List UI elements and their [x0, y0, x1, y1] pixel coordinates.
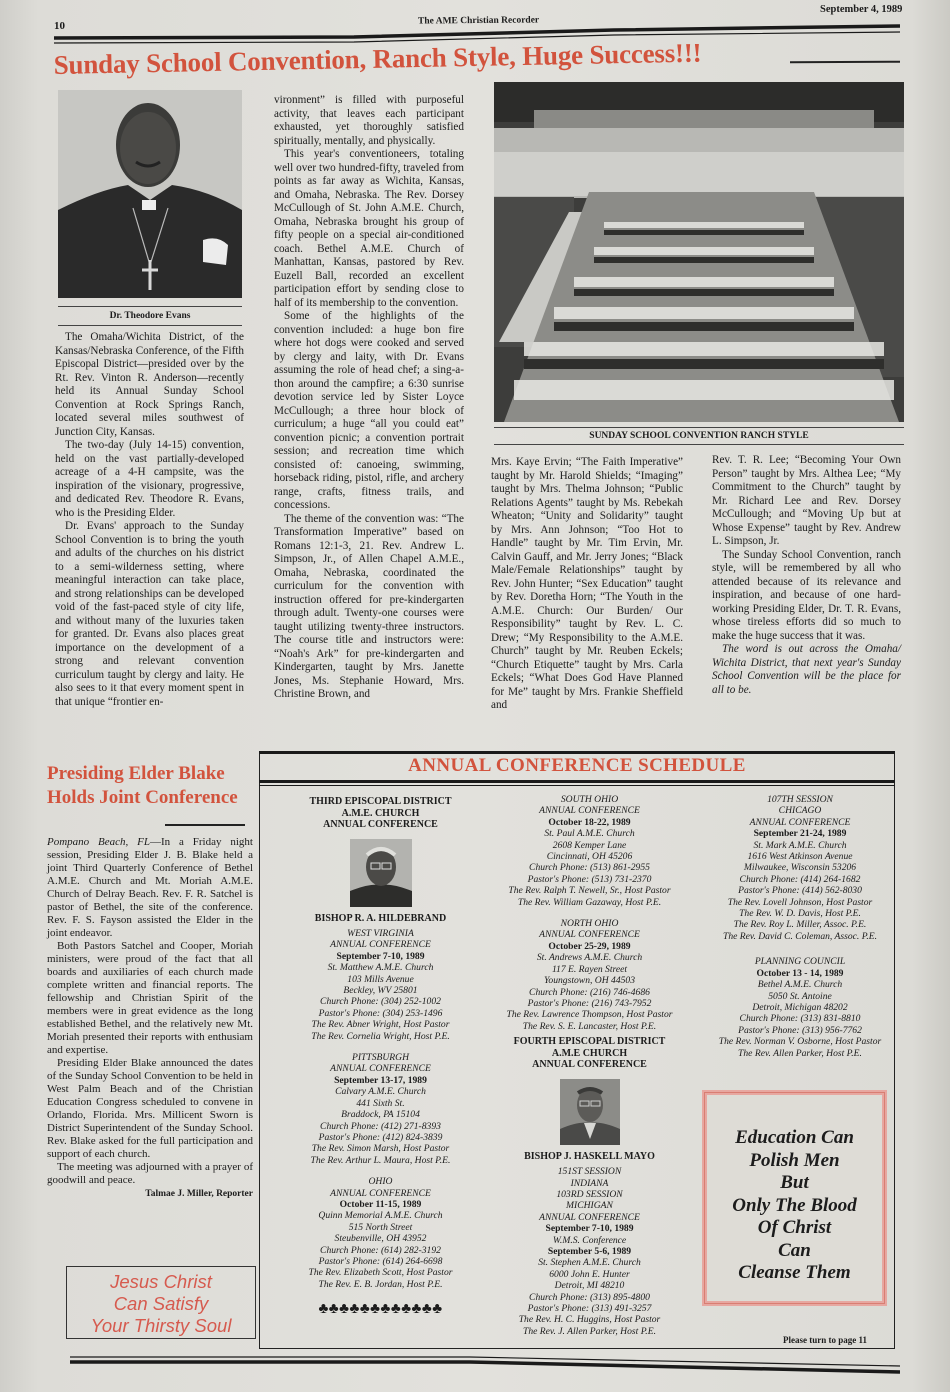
side-article-headline: Presiding Elder Blake Holds Joint Confer…	[47, 762, 247, 810]
host-pe: The Rev. S. E. Lancaster, Host P.E.	[487, 1021, 692, 1032]
church-name: St. Andrews A.M.E. Church	[487, 952, 692, 963]
pastor-phone: Pastor's Phone: (313) 491-3257	[487, 1303, 692, 1314]
church-phone: Church Phone: (313) 831-8810	[700, 1013, 900, 1024]
church-name: Calvary A.M.E. Church	[283, 1086, 478, 1097]
quote-line: Cleanse Them	[707, 1262, 882, 1285]
paragraph: The Omaha/Wichita District, of the Kansa…	[55, 331, 244, 439]
host-pe: The Rev. E. B. Jordan, Host P.E.	[283, 1279, 478, 1290]
education-quote-box: Education Can Polish Men But Only The Bl…	[702, 1090, 887, 1306]
bishop-hildebrand-photo	[350, 839, 412, 907]
conference-name: PITTSBURGH	[283, 1052, 478, 1063]
caption-rule	[494, 444, 904, 445]
church-phone: Church Phone: (412) 271-8393	[283, 1121, 478, 1132]
conference-type: ANNUAL CONFERENCE	[487, 929, 692, 940]
address: 103 Mills Avenue	[283, 974, 478, 985]
conference-dates: September 7-10, 1989	[487, 1223, 692, 1234]
quote-line: Of Christ	[707, 1217, 882, 1240]
quote-line: But	[707, 1172, 882, 1195]
pastor-phone: Pastor's Phone: (614) 264-6698	[283, 1256, 478, 1267]
host-pastor: The Rev. Elizabeth Scott, Host Pastor	[283, 1267, 478, 1278]
schedule-column-3: 107TH SESSION CHICAGO ANNUAL CONFERENCE …	[700, 794, 900, 1059]
newspaper-page: 10 The AME Christian Recorder September …	[0, 0, 950, 1392]
pastor-phone: Pastor's Phone: (513) 731-2370	[487, 874, 692, 885]
city: Braddock, PA 15104	[283, 1109, 478, 1120]
district-header: FOURTH EPISCOPAL DISTRICT	[487, 1036, 692, 1048]
host-pastor: The Rev. Ralph T. Newell, Sr., Host Past…	[487, 885, 692, 896]
host-pastor: The Rev. H. C. Huggins, Host Pastor	[487, 1314, 692, 1325]
paragraph: Presiding Elder Blake announced the date…	[47, 1057, 253, 1161]
conference-dates: September 21-24, 1989	[700, 828, 900, 839]
conference-type: ANNUAL CONFERENCE	[487, 1212, 692, 1223]
address: 6000 John E. Hunter	[487, 1269, 692, 1280]
church-name: St. Matthew A.M.E. Church	[283, 962, 478, 973]
city: Beckley, WV 25801	[283, 985, 478, 996]
conference-type: ANNUAL CONFERENCE	[283, 1188, 478, 1199]
district-header: ANNUAL CONFERENCE	[487, 1059, 692, 1071]
host-pe: The Rev. Arthur L. Maura, Host P.E.	[283, 1155, 478, 1166]
conference-name: SOUTH OHIO	[487, 794, 692, 805]
session: 151ST SESSION	[487, 1166, 692, 1177]
jesus-christ-ad-box: Jesus Christ Can Satisfy Your Thirsty So…	[66, 1266, 256, 1339]
conference-type: ANNUAL CONFERENCE	[487, 805, 692, 816]
conference-name: CHICAGO	[700, 805, 900, 816]
quote-line: Only The Blood	[707, 1195, 882, 1218]
host-pe: The Rev. W. D. Davis, Host P.E.	[700, 908, 900, 919]
host-pastor: The Rev. Norman V. Osborne, Host Pastor	[700, 1036, 900, 1047]
address: 2608 Kemper Lane	[487, 840, 692, 851]
conference-dates: September 13-17, 1989	[283, 1075, 478, 1086]
host-pe: The Rev. William Gazaway, Host P.E.	[487, 897, 692, 908]
church-name: St. Paul A.M.E. Church	[487, 828, 692, 839]
schedule-title-rule-thin	[259, 785, 895, 786]
group-photo-convention	[494, 82, 904, 422]
bishop-portrait-illustration	[350, 839, 412, 907]
pastor-phone: Pastor's Phone: (313) 956-7762	[700, 1025, 900, 1036]
conference-type: ANNUAL CONFERENCE	[283, 939, 478, 950]
city: Detroit, Michigan 48202	[700, 1002, 900, 1013]
address: 117 E. Rayen Street	[487, 964, 692, 975]
host-pastor: The Rev. Abner Wright, Host Pastor	[283, 1019, 478, 1030]
paragraph: Some of the highlights of the convention…	[274, 310, 464, 513]
pastor-phone: Pastor's Phone: (216) 743-7952	[487, 998, 692, 1009]
church-name: St. Stephen A.M.E. Church	[487, 1257, 692, 1268]
schedule-column-1: THIRD EPISCOPAL DISTRICT A.M.E. CHURCH A…	[283, 796, 478, 1316]
district-header: ANNUAL CONFERENCE	[283, 819, 478, 831]
portrait-illustration	[58, 90, 242, 298]
church-phone: Church Phone: (304) 252-1002	[283, 996, 478, 1007]
photo-caption-evans: Dr. Theodore Evans	[58, 311, 242, 321]
pastor-phone: Pastor's Phone: (412) 824-3839	[283, 1132, 478, 1143]
article-column-3: Mrs. Kaye Ervin; “The Faith Imperative” …	[491, 456, 683, 713]
host-pastor: The Rev. Lawrence Thompson, Host Pastor	[487, 1009, 692, 1020]
caption-rule	[58, 325, 242, 326]
caption-rule	[494, 427, 904, 428]
church-phone: Church Phone: (614) 282-3192	[283, 1245, 478, 1256]
church-phone: Church Phone: (513) 861-2955	[487, 862, 692, 873]
conference-name: MICHIGAN	[487, 1200, 692, 1211]
schedule-column-2: SOUTH OHIO ANNUAL CONFERENCE October 18-…	[487, 794, 692, 1337]
pastor-phone: Pastor's Phone: (304) 253-1496	[283, 1008, 478, 1019]
session: 107TH SESSION	[700, 794, 900, 805]
assoc-pe: The Rev. David C. Coleman, Assoc. P.E.	[700, 931, 900, 942]
pastor-phone: Pastor's Phone: (414) 562-8030	[700, 885, 900, 896]
host-pe: The Rev. Allen Parker, Host P.E.	[700, 1048, 900, 1059]
schedule-top-rule	[259, 751, 895, 754]
article-column-1: The Omaha/Wichita District, of the Kansa…	[55, 331, 244, 709]
city: Steubenville, OH 43952	[283, 1233, 478, 1244]
group-photo-caption: SUNDAY SCHOOL CONVENTION RANCH STYLE	[494, 431, 904, 441]
conference-dates: September 7-10, 1989	[283, 951, 478, 962]
church-phone: Church Phone: (216) 746-4686	[487, 987, 692, 998]
host-pastor: The Rev. Simon Marsh, Host Pastor	[283, 1143, 478, 1154]
issue-date: September 4, 1989	[820, 4, 902, 15]
wms-conference: W.M.S. Conference	[487, 1235, 692, 1246]
paragraph-text: —In a Friday night session, Presiding El…	[47, 836, 253, 939]
quote-line: Polish Men	[707, 1150, 882, 1173]
conference-type: ANNUAL CONFERENCE	[700, 817, 900, 828]
bishop-name: BISHOP R. A. HILDEBRAND	[283, 913, 478, 925]
headline-rule	[790, 61, 900, 64]
church-phone: Church Phone: (313) 895-4800	[487, 1292, 692, 1303]
paragraph: Pompano Beach, FL—In a Friday night sess…	[47, 836, 253, 940]
host-pastor: The Rev. Lovell Johnson, Host Pastor	[700, 897, 900, 908]
conference-name: PLANNING COUNCIL	[700, 956, 900, 967]
side-article-body: Pompano Beach, FL—In a Friday night sess…	[47, 836, 253, 1201]
assoc-pe: The Rev. Roy L. Miller, Assoc. P.E.	[700, 919, 900, 930]
paragraph: Rev. T. R. Lee; “Becoming Your Own Perso…	[712, 454, 901, 549]
conference-type: ANNUAL CONFERENCE	[283, 1063, 478, 1074]
dateline: Pompano Beach, FL	[47, 836, 150, 848]
schedule-title: ANNUAL CONFERENCE SCHEDULE	[259, 755, 895, 777]
city: Youngstown, OH 44503	[487, 975, 692, 986]
paragraph: The theme of the convention was: “The Tr…	[274, 513, 464, 702]
portrait-photo-dr-evans	[58, 90, 242, 298]
conference-dates: October 11-15, 1989	[283, 1199, 478, 1210]
address: 1616 West Atkinson Avenue	[700, 851, 900, 862]
paragraph: vironment” is filled with purposeful act…	[274, 94, 464, 148]
conference-name: OHIO	[283, 1176, 478, 1187]
conference-dates: October 25-29, 1989	[487, 941, 692, 952]
bishop-portrait-illustration	[560, 1079, 620, 1145]
church-name: St. Mark A.M.E. Church	[700, 840, 900, 851]
conference-name: INDIANA	[487, 1178, 692, 1189]
fleuron-divider-icon: ♣♣♣♣♣♣♣♣♣♣♣♣	[283, 1304, 478, 1315]
district-header: THIRD EPISCOPAL DISTRICT	[283, 796, 478, 808]
ad-line: Can Satisfy	[67, 1293, 255, 1315]
church-name: Bethel A.M.E. Church	[700, 979, 900, 990]
address: 515 North Street	[283, 1222, 478, 1233]
paragraph: The two-day (July 14-15) convention, hel…	[55, 439, 244, 520]
schedule-title-rule	[259, 780, 895, 783]
district-header: A.M.E CHURCH	[487, 1048, 692, 1060]
address: 5050 St. Antoine	[700, 991, 900, 1002]
bishop-mayo-photo	[560, 1079, 620, 1145]
conference-name: NORTH OHIO	[487, 918, 692, 929]
bishop-name: BISHOP J. HASKELL MAYO	[487, 1151, 692, 1163]
conference-name: WEST VIRGINIA	[283, 928, 478, 939]
church-phone: Church Phone: (414) 264-1682	[700, 874, 900, 885]
city: Milwaukee, Wisconsin 53206	[700, 862, 900, 873]
quote-line: Can	[707, 1240, 882, 1263]
byline: Talmae J. Miller, Reporter	[47, 1188, 253, 1201]
address: 441 Sixth St.	[283, 1098, 478, 1109]
paragraph: Mrs. Kaye Ervin; “The Faith Imperative” …	[491, 456, 683, 713]
quote-line: Education Can	[707, 1127, 882, 1150]
auditorium-crowd-illustration	[494, 82, 904, 422]
paragraph: This year's conventioneers, totaling wel…	[274, 148, 464, 310]
city: Detroit, MI 48210	[487, 1280, 692, 1291]
article-column-2: vironment” is filled with purposeful act…	[274, 94, 464, 702]
headline-rule	[165, 824, 245, 826]
ad-line: Your Thirsty Soul	[67, 1315, 255, 1337]
host-pe: The Rev. J. Allen Parker, Host P.E.	[487, 1326, 692, 1337]
wms-dates: September 5-6, 1989	[487, 1246, 692, 1257]
church-name: Quinn Memorial A.M.E. Church	[283, 1210, 478, 1221]
paragraph: The Sunday School Convention, ranch styl…	[712, 549, 901, 644]
host-pe: The Rev. Cornelia Wright, Host P.E.	[283, 1031, 478, 1042]
continuation-link[interactable]: Please turn to page 11	[783, 1335, 867, 1345]
caption-rule	[58, 306, 242, 307]
paragraph: Dr. Evans' approach to the Sunday School…	[55, 520, 244, 709]
district-header: A.M.E. CHURCH	[283, 808, 478, 820]
footer-rule	[70, 1354, 900, 1376]
paragraph: Both Pastors Satchel and Cooper, Moriah …	[47, 940, 253, 1057]
paragraph: The meeting was adjourned with a prayer …	[47, 1161, 253, 1187]
ad-line: Jesus Christ	[67, 1271, 255, 1293]
conference-dates: October 13 - 14, 1989	[700, 968, 900, 979]
city: Cincinnati, OH 45206	[487, 851, 692, 862]
session: 103RD SESSION	[487, 1189, 692, 1200]
paragraph: The word is out across the Omaha/ Wichit…	[712, 643, 901, 697]
article-column-4: Rev. T. R. Lee; “Becoming Your Own Perso…	[712, 454, 901, 697]
conference-dates: October 18-22, 1989	[487, 817, 692, 828]
